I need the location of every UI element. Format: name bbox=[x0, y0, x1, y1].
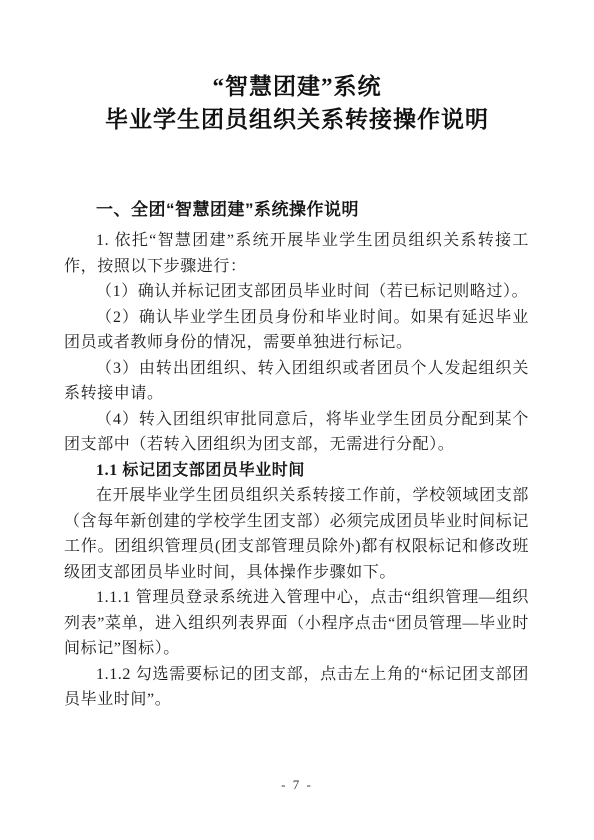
document-body: 一、全团“智慧团建”系统操作说明 1. 依托“智慧团建”系统开展毕业学生团员组织… bbox=[64, 197, 529, 713]
document-title-line-2: 毕业学生团员组织关系转接操作说明 bbox=[0, 103, 594, 136]
paragraph-1-1-1: 1.1.1 管理员登录系统进入管理中心，点击“组织管理—组织列表”菜单，进入组织… bbox=[64, 585, 529, 662]
paragraph-1-1-intro: 在开展毕业学生团员组织关系转接工作前，学校领域团支部（含每年新创建的学校学生团支… bbox=[64, 483, 529, 585]
paragraph-1-1-2: 1.1.2 勾选需要标记的团支部，点击左上角的“标记团支部团员毕业时间”。 bbox=[64, 662, 529, 713]
page-footer: - 7 - bbox=[0, 775, 594, 795]
paragraph-step-1: （1）确认并标记团支部团员毕业时间（若已标记则略过）。 bbox=[64, 279, 529, 305]
paragraph-step-4: （4）转入团组织审批同意后，将毕业学生团员分配到某个团支部中（若转入团组织为团支… bbox=[64, 407, 529, 458]
document-title: “智慧团建”系统 毕业学生团员组织关系转接操作说明 bbox=[0, 70, 594, 136]
subsection-heading-1-1: 1.1 标记团支部团员毕业时间 bbox=[64, 458, 529, 484]
section-heading: 一、全团“智慧团建”系统操作说明 bbox=[64, 197, 529, 223]
page-number: - 7 - bbox=[281, 777, 313, 792]
paragraph-steps-intro: 1. 依托“智慧团建”系统开展毕业学生团员组织关系转接工作，按照以下步骤进行： bbox=[64, 228, 529, 279]
paragraph-step-3: （3）由转出团组织、转入团组织或者团员个人发起组织关系转接申请。 bbox=[64, 356, 529, 407]
paragraph-step-2: （2）确认毕业学生团员身份和毕业时间。如果有延迟毕业团员或者教师身份的情况，需要… bbox=[64, 305, 529, 356]
document-page: “智慧团建”系统 毕业学生团员组织关系转接操作说明 一、全团“智慧团建”系统操作… bbox=[0, 0, 594, 840]
document-title-line-1: “智慧团建”系统 bbox=[0, 70, 594, 103]
